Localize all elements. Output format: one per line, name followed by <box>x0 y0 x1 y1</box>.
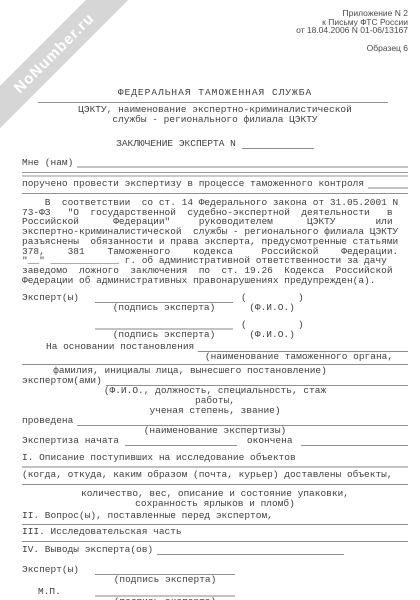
signature-caption: (подпись эксперта) <box>95 575 235 585</box>
org-caption-line-2: службы - регионального филиала ЦЭКТУ <box>22 115 408 125</box>
basis-label: На основании постановления <box>46 342 194 352</box>
conclusions-blank <box>157 554 344 555</box>
me-row: Мне (нам) <box>22 158 408 168</box>
finished-label: окончена <box>247 436 293 446</box>
expert-by-label: экспертом(ами) <box>22 376 102 386</box>
basis-caption-1: (наименование таможенного органа, <box>190 352 408 362</box>
expert-signature-row-2: ( ) <box>22 320 408 330</box>
legal-line: Федерации об административных правонаруш… <box>22 276 408 286</box>
assignment-label: поручено провести экспертизу в процессе … <box>22 179 364 189</box>
assignment-row: поручено провести экспертизу в процессе … <box>22 179 408 189</box>
double-rule <box>22 172 408 177</box>
seal-label: М.П. <box>22 587 75 597</box>
org-name-rule <box>38 102 388 103</box>
objects-caption-3: сохранность ярлыков и пломб) <box>22 499 408 509</box>
finished-blank <box>301 445 408 446</box>
signature-caption-row: (подпись эксперта) (Ф.И.О.) <box>22 303 408 313</box>
fio-caption: (Ф.И.О.) <box>241 330 303 340</box>
spacer <box>42 575 95 585</box>
signature-caption: (подпись эксперта) <box>95 303 233 313</box>
experts-label: Эксперт(ы) <box>22 565 75 575</box>
section-rule <box>22 541 408 542</box>
experts-label: Эксперт(ы) <box>22 293 75 303</box>
section-rule <box>22 466 408 468</box>
expert-by-caption-2: ученая степень, звание) <box>82 406 348 416</box>
objects-caption-1: (когда, откуда, каким образом (почта, ку… <box>22 470 408 480</box>
expert-by-caption-1: (Ф.И.О., должность, специальность, стаж … <box>82 386 348 406</box>
section-rule <box>22 193 408 194</box>
section-iii-heading: III. Исследовательская часть <box>22 527 408 537</box>
spacer <box>42 330 95 340</box>
section-iv-heading: IV. Выводы эксперта(ов) <box>22 545 153 555</box>
expertise-dates-row: Экспертиза начата окончена <box>22 436 408 446</box>
spacer <box>42 303 95 313</box>
started-blank <box>125 445 237 446</box>
document-title: ЗАКЛЮЧЕНИЕ ЭКСПЕРТА N <box>116 139 236 149</box>
expert-signature-row-1: Эксперт(ы) ( ) <box>22 293 408 303</box>
assignment-blank <box>368 187 408 189</box>
expertise-started-label: Экспертиза начата <box>22 436 119 446</box>
section-rule <box>22 484 408 485</box>
section-i-heading: I. Описание поступивших на исследование … <box>22 453 408 463</box>
signature-caption-row: (подпись эксперта) <box>22 575 408 585</box>
signature-caption-row: (подпись эксперта) (Ф.И.О.) <box>22 330 408 340</box>
section-ii-heading: II. Вопрос(ы), поставленные перед экспер… <box>22 511 408 521</box>
document-page: NoNumber.ru Приложение N 2 к Письму ФТС … <box>0 0 420 600</box>
section-iv-row: IV. Выводы эксперта(ов) <box>22 545 408 555</box>
fio-caption: (Ф.И.О.) <box>241 303 303 313</box>
agency-title: ФЕДЕРАЛЬНАЯ ТАМОЖЕННАЯ СЛУЖБА <box>22 88 408 98</box>
section-rule <box>22 524 408 525</box>
signature-caption: (подпись эксперта) <box>95 330 233 340</box>
document-title-row: ЗАКЛЮЧЕНИЕ ЭКСПЕРТА N <box>22 139 408 149</box>
me-blank <box>77 166 408 168</box>
me-label: Мне (нам) <box>22 158 73 168</box>
conducted-label: проведена <box>22 416 73 426</box>
document-number-blank <box>242 148 314 149</box>
legal-paragraph: В соответствии со ст. 14 Федерального за… <box>22 198 408 285</box>
